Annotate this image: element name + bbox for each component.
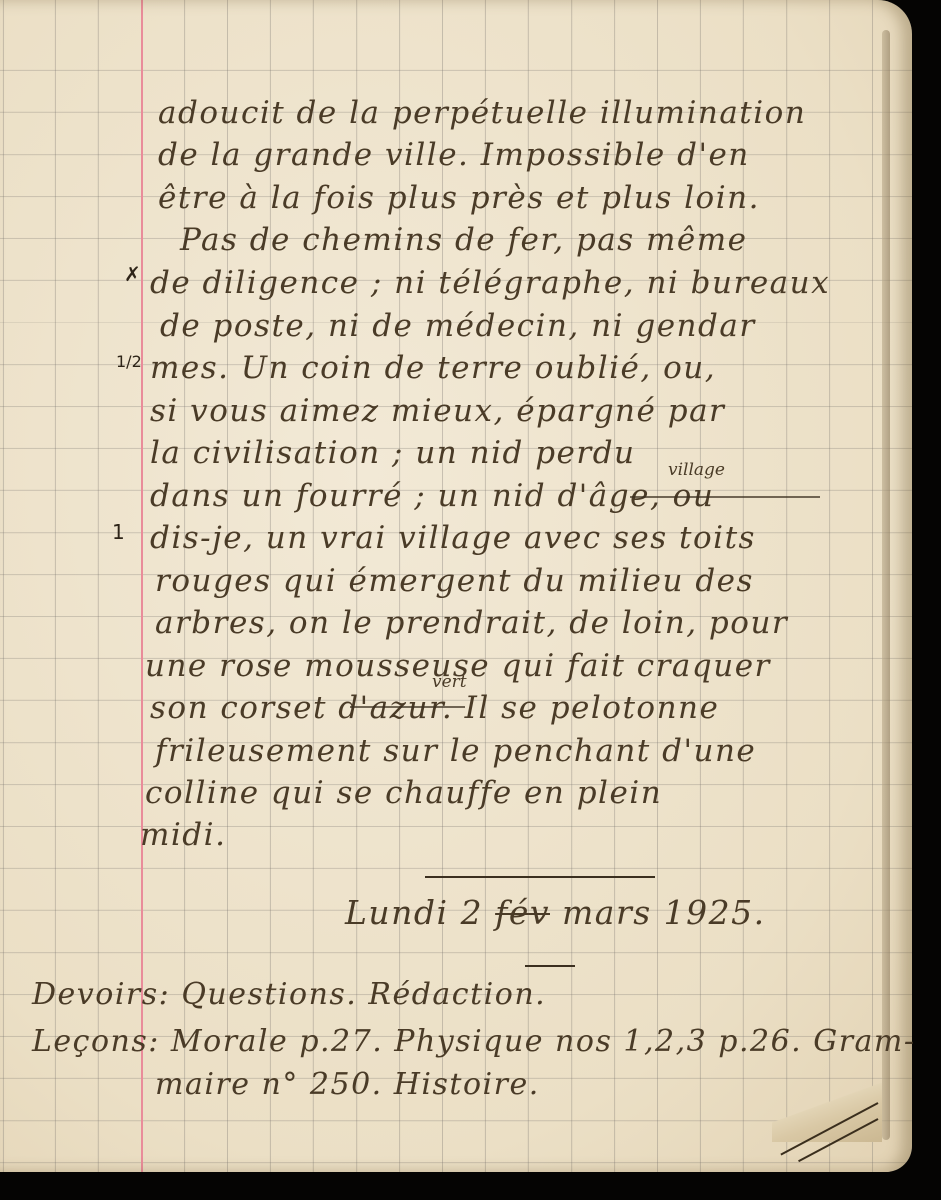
devoirs-text: Questions. Rédaction. [181,977,546,1012]
date-top-rule [425,876,655,878]
text-line-16: frileusement sur le penchant d'une [155,736,756,767]
page-edge [882,30,890,1140]
dog-eared-corner [772,1082,882,1142]
strike-through-dazur [350,706,465,708]
text-line-8: si vous aimez mieux, épargné par [150,396,725,427]
text-line-18: midi. [140,820,226,851]
lecons-continuation: maire n° 250. Histoire. [155,1070,540,1100]
margin-cross-mark: ✗ [124,262,141,286]
text-line-9: la civilisation ; un nid perdu [150,438,636,469]
margin-half-mark: 1/2 [116,352,142,371]
date-struck-month: fév [495,893,550,932]
date-month-year: mars 1925. [562,893,766,932]
date-bottom-rule [525,965,575,967]
lecons-text-1: Morale p.27. Physique nos 1,2,3 p.26. Gr… [171,1024,916,1059]
text-line-12: rouges qui émergent du milieu des [155,566,754,597]
text-line-5: de diligence ; ni télégraphe, ni bureaux [150,268,830,299]
margin-one-mark: 1 [112,520,125,544]
devoirs-label: Devoirs: [32,977,170,1012]
text-line-11: dis-je, un vrai village avec ses toits [150,523,756,554]
text-line-2: de la grande ville. Impossible d'en [158,140,750,171]
interlinear-correction-vert: vert [432,672,467,692]
devoirs-line: Devoirs: Questions. Rédaction. [32,980,546,1010]
notebook-page: ✗ 1/2 1 adoucit de la perpétuelle illumi… [0,0,912,1172]
text-line-4: Pas de chemins de fer, pas même [180,225,748,256]
strike-through-nid-dage [630,496,820,498]
interlinear-correction-village: village [668,460,725,480]
lecons-line: Leçons: Morale p.27. Physique nos 1,2,3 … [32,1027,916,1057]
text-line-13: arbres, on le prendrait, de loin, pour [155,608,788,639]
text-line-15: son corset d'azur. Il se pelotonne [150,693,719,724]
text-line-17: colline qui se chauffe en plein [145,778,662,809]
text-line-1: adoucit de la perpétuelle illumination [158,98,806,129]
date-number: 2 [461,893,484,932]
text-line-6: de poste, ni de médecin, ni gendar [160,311,756,342]
date-day: Lundi [345,893,449,932]
text-line-3: être à la fois plus près et plus loin. [158,183,760,214]
text-line-7: mes. Un coin de terre oublié, ou, [150,353,716,384]
date-heading: Lundi 2 fév mars 1925. [345,896,766,929]
lecons-label: Leçons: [32,1024,160,1059]
